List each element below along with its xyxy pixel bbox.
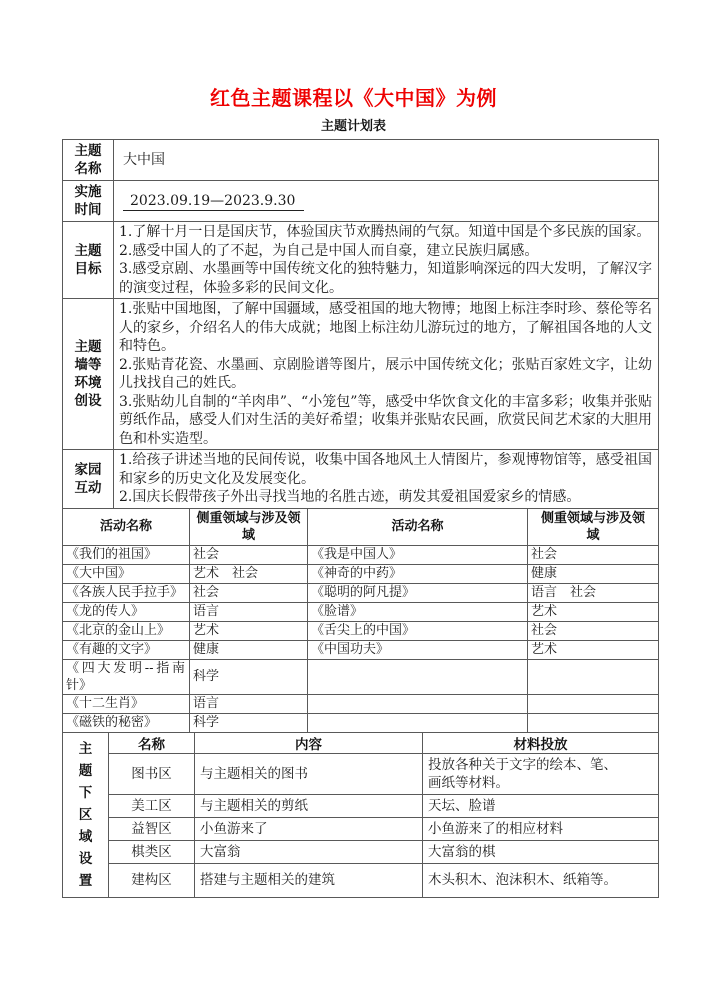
activity-name-cell: 《龙的传人》 bbox=[63, 602, 190, 621]
environment-item: 3.张贴幼儿自制的“羊肉串”、“小笼包”等，感受中华饮食文化的丰富多彩；收集并张… bbox=[119, 393, 652, 449]
home-interaction-label: 家园互动 bbox=[75, 461, 102, 497]
activity-row: 《大中国》 艺术 社会 《神奇的中药》 健康 bbox=[63, 564, 659, 583]
page-title: 红色主题课程以《大中国》为例 bbox=[0, 0, 707, 110]
home-interaction-value-cell: 1.给孩子讲述当地的民间传说，收集中国各地风土人情图片，参观博物馆等，感受祖国和… bbox=[114, 450, 659, 509]
area-row: 图书区 与主题相关的图书 投放各种关于文字的绘本、笔、画纸等材料。 bbox=[63, 753, 659, 794]
activity-row: 《磁铁的秘密》 科学 bbox=[63, 713, 659, 732]
implementation-time-value-cell: 2023.09.19—2023.9.30 bbox=[114, 181, 659, 222]
area-content-cell: 小鱼游来了 bbox=[195, 817, 423, 840]
activity-domain-cell: 语言 社会 bbox=[528, 583, 659, 602]
goal-item: 2.感受中国人的了不起，为自己是中国人而自豪，建立民族归属感。 bbox=[119, 242, 652, 261]
activity-domain-cell: 社会 bbox=[190, 583, 308, 602]
home-interaction-label-cell: 家园互动 bbox=[63, 450, 114, 509]
domain-header: 侧重领域与涉及领域 bbox=[190, 508, 308, 545]
activity-name-cell bbox=[308, 659, 528, 694]
activity-domain-cell: 语言 bbox=[190, 694, 308, 713]
area-materials-cell: 小鱼游来了的相应材料 bbox=[423, 817, 659, 840]
activity-name-cell: 《脸谱》 bbox=[308, 602, 528, 621]
environment-label: 主题墙等环境创设 bbox=[75, 338, 102, 410]
activity-name-cell: 《中国功夫》 bbox=[308, 640, 528, 659]
theme-goals-row: 主题目标 1.了解十月一日是国庆节，体验国庆节欢腾热闹的气氛。知道中国是个多民族… bbox=[63, 222, 659, 299]
goal-item: 1.了解十月一日是国庆节，体验国庆节欢腾热闹的气氛。知道中国是个多民族的国家。 bbox=[119, 223, 652, 242]
area-materials-header: 材料投放 bbox=[423, 732, 659, 753]
activity-domain-cell: 健康 bbox=[190, 640, 308, 659]
area-materials-cell: 大富翁的棋 bbox=[423, 840, 659, 863]
activity-name-cell: 《四大发明--指南针》 bbox=[63, 659, 190, 694]
activity-domain-cell: 健康 bbox=[528, 564, 659, 583]
activity-row: 《四大发明--指南针》 科学 bbox=[63, 659, 659, 694]
activity-row: 《十二生肖》 语言 bbox=[63, 694, 659, 713]
activity-domain-cell bbox=[528, 713, 659, 732]
area-materials-cell: 天坛、脸谱 bbox=[423, 794, 659, 817]
activity-name-cell: 《有趣的文字》 bbox=[63, 640, 190, 659]
implementation-time-value: 2023.09.19—2023.9.30 bbox=[123, 193, 304, 211]
area-content-header: 内容 bbox=[195, 732, 423, 753]
activity-name-header: 活动名称 bbox=[63, 508, 190, 545]
activity-row: 《龙的传人》 语言 《脸谱》 艺术 bbox=[63, 602, 659, 621]
area-content-cell: 搭建与主题相关的建筑 bbox=[195, 863, 423, 897]
theme-goals-label: 主题目标 bbox=[75, 242, 102, 278]
activity-name-cell: 《磁铁的秘密》 bbox=[63, 713, 190, 732]
areas-side-label: 主题下区域设置 bbox=[78, 738, 93, 892]
activity-domain-cell: 语言 bbox=[190, 602, 308, 621]
area-name-cell: 图书区 bbox=[109, 753, 195, 794]
area-name-header: 名称 bbox=[109, 732, 195, 753]
table-subtitle: 主题计划表 bbox=[0, 119, 707, 135]
environment-item: 2.张贴青花瓷、水墨画、京剧脸谱等图片，展示中国传统文化；张贴百家姓文字，让幼儿… bbox=[119, 356, 652, 393]
area-name-cell: 棋类区 bbox=[109, 840, 195, 863]
areas-header-row: 主题下区域设置 名称 内容 材料投放 bbox=[63, 732, 659, 753]
implementation-time-label: 实施时间 bbox=[75, 183, 102, 219]
activity-row: 《有趣的文字》 健康 《中国功夫》 艺术 bbox=[63, 640, 659, 659]
activity-domain-cell: 科学 bbox=[190, 713, 308, 732]
activity-row: 《我们的祖国》 社会 《我是中国人》 社会 bbox=[63, 545, 659, 564]
area-content-cell: 与主题相关的剪纸 bbox=[195, 794, 423, 817]
goal-item: 3.感受京剧、水墨画等中国传统文化的独特魅力，知道影响深远的四大发明，了解汉字的… bbox=[119, 260, 652, 297]
areas-table: 主题下区域设置 名称 内容 材料投放 图书区 与主题相关的图书 投放各种关于文字… bbox=[62, 732, 659, 898]
home-interaction-item: 2.国庆长假带孩子外出寻找当地的名胜古迹，萌发其爱祖国爱家乡的情感。 bbox=[119, 488, 652, 507]
activity-domain-cell: 艺术 bbox=[190, 621, 308, 640]
activity-domain-cell: 艺术 社会 bbox=[190, 564, 308, 583]
area-content-cell: 大富翁 bbox=[195, 840, 423, 863]
area-name-cell: 美工区 bbox=[109, 794, 195, 817]
theme-name-row: 主题名称 大中国 bbox=[63, 140, 659, 181]
area-row: 益智区 小鱼游来了 小鱼游来了的相应材料 bbox=[63, 817, 659, 840]
plan-table-group: 主题名称 大中国 实施时间 2023.09.19—2023.9.30 主题目标 … bbox=[62, 139, 659, 898]
area-materials-cell: 投放各种关于文字的绘本、笔、画纸等材料。 bbox=[423, 753, 659, 794]
theme-name-value: 大中国 bbox=[114, 140, 659, 181]
activity-name-cell: 《聪明的阿凡提》 bbox=[308, 583, 528, 602]
activity-domain-cell: 艺术 bbox=[528, 640, 659, 659]
environment-row: 主题墙等环境创设 1.张贴中国地图，了解中国疆域，感受祖国的地大物博；地图上标注… bbox=[63, 299, 659, 450]
activity-name-cell: 《我们的祖国》 bbox=[63, 545, 190, 564]
activity-name-cell: 《神奇的中药》 bbox=[308, 564, 528, 583]
activity-name-cell: 《十二生肖》 bbox=[63, 694, 190, 713]
activity-name-cell: 《舌尖上的中国》 bbox=[308, 621, 528, 640]
area-row: 棋类区 大富翁 大富翁的棋 bbox=[63, 840, 659, 863]
activity-name-header: 活动名称 bbox=[308, 508, 528, 545]
area-row: 建构区 搭建与主题相关的建筑 木头积木、泡沫积木、纸箱等。 bbox=[63, 863, 659, 897]
home-interaction-row: 家园互动 1.给孩子讲述当地的民间传说，收集中国各地风土人情图片，参观博物馆等，… bbox=[63, 450, 659, 509]
area-content-cell: 与主题相关的图书 bbox=[195, 753, 423, 794]
activity-domain-cell bbox=[528, 694, 659, 713]
theme-plan-table: 主题名称 大中国 实施时间 2023.09.19—2023.9.30 主题目标 … bbox=[62, 139, 659, 509]
activity-domain-cell: 科学 bbox=[190, 659, 308, 694]
areas-side-label-cell: 主题下区域设置 bbox=[63, 732, 109, 897]
activity-row: 《北京的金山上》 艺术 《舌尖上的中国》 社会 bbox=[63, 621, 659, 640]
area-name-cell: 建构区 bbox=[109, 863, 195, 897]
theme-name-label: 主题名称 bbox=[75, 142, 102, 178]
document-page: 红色主题课程以《大中国》为例 主题计划表 主题名称 大中国 实施时间 2023.… bbox=[0, 0, 707, 999]
implementation-time-row: 实施时间 2023.09.19—2023.9.30 bbox=[63, 181, 659, 222]
activity-domain-cell: 艺术 bbox=[528, 602, 659, 621]
theme-goals-value-cell: 1.了解十月一日是国庆节，体验国庆节欢腾热闹的气氛。知道中国是个多民族的国家。 … bbox=[114, 222, 659, 299]
area-materials-cell: 木头积木、泡沫积木、纸箱等。 bbox=[423, 863, 659, 897]
environment-item: 1.张贴中国地图，了解中国疆域，感受祖国的地大物博；地图上标注李时珍、蔡伦等名人… bbox=[119, 300, 652, 356]
domain-header: 侧重领域与涉及领域 bbox=[528, 508, 659, 545]
activity-name-cell bbox=[308, 694, 528, 713]
activities-table: 活动名称 侧重领域与涉及领域 活动名称 侧重领域与涉及领域 《我们的祖国》 社会… bbox=[62, 508, 659, 733]
activity-name-cell: 《各族人民手拉手》 bbox=[63, 583, 190, 602]
activity-domain-cell: 社会 bbox=[528, 545, 659, 564]
activity-name-cell: 《北京的金山上》 bbox=[63, 621, 190, 640]
activity-domain-cell: 社会 bbox=[528, 621, 659, 640]
home-interaction-item: 1.给孩子讲述当地的民间传说，收集中国各地风土人情图片，参观博物馆等，感受祖国和… bbox=[119, 451, 652, 488]
activity-name-cell: 《大中国》 bbox=[63, 564, 190, 583]
activities-header-row: 活动名称 侧重领域与涉及领域 活动名称 侧重领域与涉及领域 bbox=[63, 508, 659, 545]
activity-name-cell: 《我是中国人》 bbox=[308, 545, 528, 564]
environment-label-cell: 主题墙等环境创设 bbox=[63, 299, 114, 450]
theme-goals-label-cell: 主题目标 bbox=[63, 222, 114, 299]
area-row: 美工区 与主题相关的剪纸 天坛、脸谱 bbox=[63, 794, 659, 817]
implementation-time-label-cell: 实施时间 bbox=[63, 181, 114, 222]
area-name-cell: 益智区 bbox=[109, 817, 195, 840]
activity-domain-cell bbox=[528, 659, 659, 694]
activity-row: 《各族人民手拉手》 社会 《聪明的阿凡提》 语言 社会 bbox=[63, 583, 659, 602]
theme-name-label-cell: 主题名称 bbox=[63, 140, 114, 181]
environment-value-cell: 1.张贴中国地图，了解中国疆域，感受祖国的地大物博；地图上标注李时珍、蔡伦等名人… bbox=[114, 299, 659, 450]
activity-domain-cell: 社会 bbox=[190, 545, 308, 564]
activity-name-cell bbox=[308, 713, 528, 732]
